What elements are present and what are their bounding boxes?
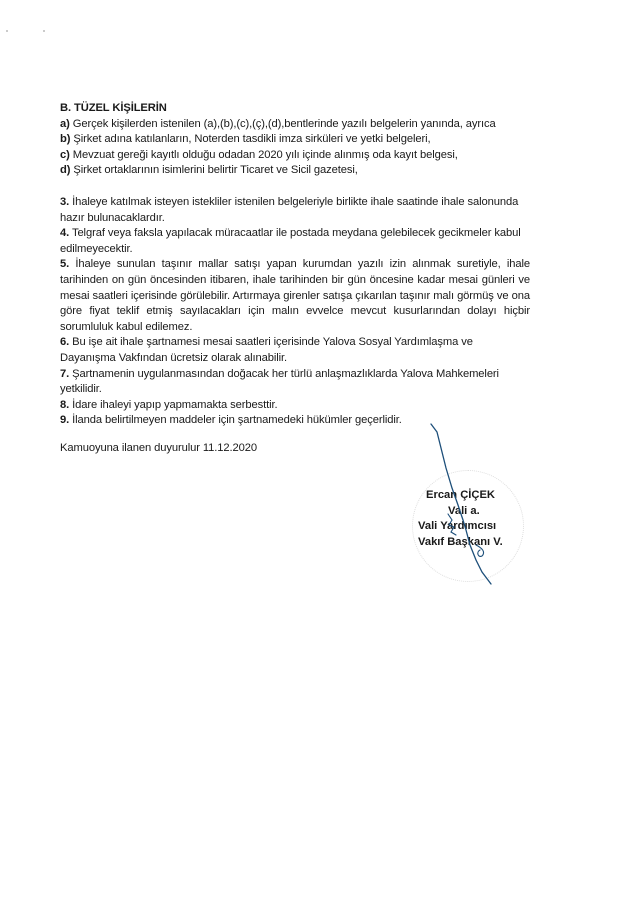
clause-item: 4. Telgraf veya faksla yapılacak müracaa… — [60, 226, 530, 257]
signatory-title-2: Vali Yardımcısı — [412, 519, 542, 535]
signatory-title-3: Vakıf Başkanı V. — [412, 535, 542, 551]
signatory-title-1: Vali a. — [412, 504, 542, 520]
announcement: Kamuoyuna ilanen duyurulur 11.12.2020 — [60, 441, 530, 457]
clause-item: 9. İlanda belirtilmeyen maddeler için şa… — [60, 413, 530, 429]
scan-speck — [43, 30, 45, 32]
legal-item: b) Şirket adına katılanların, Noterden t… — [60, 132, 530, 148]
legal-item: a) Gerçek kişilerden istenilen (a),(b),(… — [60, 117, 530, 133]
clause-item: 3. İhaleye katılmak isteyen istekliler i… — [60, 195, 530, 226]
clause-item: 6. Bu işe ait ihale şartnamesi mesai saa… — [60, 335, 530, 366]
signatory-name: Ercan ÇİÇEK — [412, 488, 542, 504]
scan-speck — [6, 30, 8, 32]
clause-item: 8. İdare ihaleyi yapıp yapmamakta serbes… — [60, 398, 530, 414]
clause-item: 7. Şartnamenin uygulanmasından doğacak h… — [60, 367, 530, 398]
announcement-text: Kamuoyuna ilanen duyurulur 11.12.2020 — [60, 441, 530, 457]
signature-block: Ercan ÇİÇEK Vali a. Vali Yardımcısı Vakı… — [412, 488, 542, 550]
legal-item: c) Mevzuat gereği kayıtlı olduğu odadan … — [60, 148, 530, 164]
document-page: B. TÜZEL KİŞİLERİN a) Gerçek kişilerden … — [0, 0, 636, 900]
clause-item: 5. İhaleye sunulan taşınır mallar satışı… — [60, 257, 530, 335]
legal-entities-section: B. TÜZEL KİŞİLERİN a) Gerçek kişilerden … — [60, 101, 530, 179]
legal-item: d) Şirket ortaklarının isimlerini belirt… — [60, 163, 530, 179]
clauses-section: 3. İhaleye katılmak isteyen istekliler i… — [60, 195, 530, 429]
section-heading: B. TÜZEL KİŞİLERİN — [60, 101, 530, 117]
